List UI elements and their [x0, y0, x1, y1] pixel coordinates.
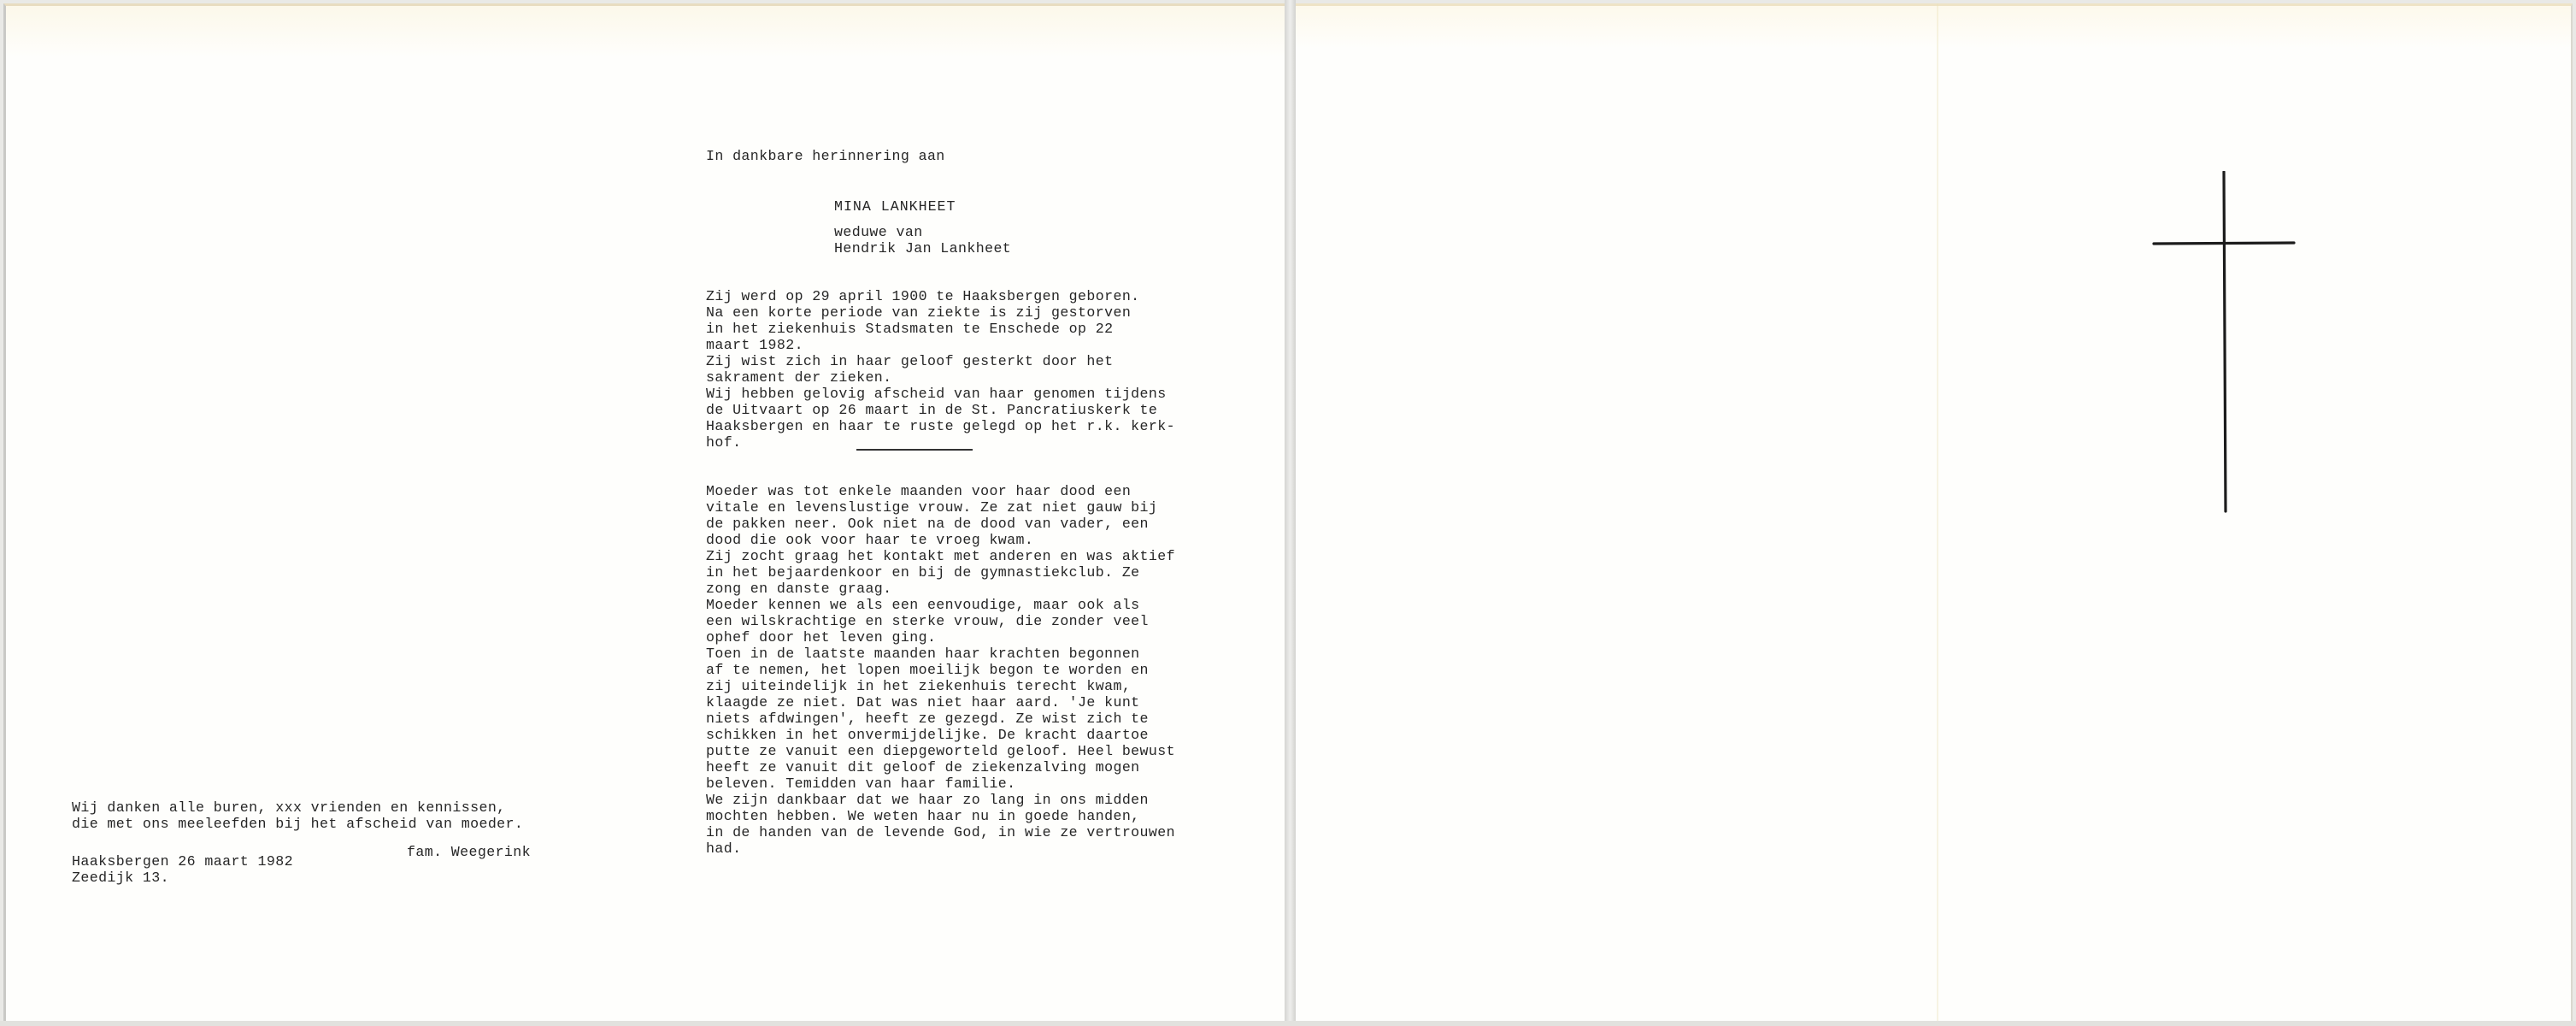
fold-line [1937, 3, 1938, 1021]
place-date-block: Haaksbergen 26 maart 1982Zeedijk 13. [72, 853, 293, 886]
bio-line: maart 1982. [706, 337, 1175, 353]
memoir-line: We zijn dankbaar dat we haar zo lang in … [706, 792, 1175, 808]
widow-of-label: weduwe van [834, 224, 1011, 240]
memorial-heading: In dankbare herinnering aan [706, 148, 945, 164]
memoir-line: vitale en levenslustige vrouw. Ze zat ni… [706, 499, 1175, 516]
memoir-line: had. [706, 840, 1175, 857]
thanks-line: die met ons meeleefden bij het afscheid … [72, 816, 523, 832]
bio-line: de Uitvaart op 26 maart in de St. Pancra… [706, 402, 1175, 418]
address: Zeedijk 13. [72, 870, 293, 886]
memoir-line: Zij zocht graag het kontakt met anderen … [706, 548, 1175, 564]
bio-line: Haaksbergen en haar te ruste gelegd op h… [706, 418, 1175, 434]
memoir-line: schikken in het onvermijdelijke. De krac… [706, 727, 1175, 743]
memoir-line: niets afdwingen', heeft ze gezegd. Ze wi… [706, 711, 1175, 727]
bio-line: Zij wist zich in haar geloof gesterkt do… [706, 353, 1175, 369]
memoir-line: Moeder kennen we als een eenvoudige, maa… [706, 597, 1175, 613]
thanks-message: Wij danken alle buren, xxx vrienden en k… [72, 799, 523, 832]
memoir-line: in de handen van de levende God, in wie … [706, 824, 1175, 840]
memoir-paragraph: Moeder was tot enkele maanden voor haar … [706, 467, 1175, 873]
deceased-name: MINA LANKHEET [834, 198, 956, 215]
memoir-line: in het bejaardenkoor en bij de gymnastie… [706, 564, 1175, 581]
biography-paragraph: Zij werd op 29 april 1900 te Haaksbergen… [706, 272, 1175, 467]
memoir-line: dood die ook voor haar te vroeg kwam. [706, 532, 1175, 548]
cross-icon [2152, 171, 2296, 513]
family-signature: fam. Weegerink [407, 844, 531, 860]
memoir-line: mochten hebben. We weten haar nu in goed… [706, 808, 1175, 824]
scan-gutter [1285, 0, 1296, 1026]
memoir-line: Toen in de laatste maanden haar krachten… [706, 646, 1175, 662]
bio-line: Na een korte periode van ziekte is zij g… [706, 304, 1175, 321]
memoir-line: klaagde ze niet. Dat was niet haar aard.… [706, 694, 1175, 711]
memoir-line: putte ze vanuit een diepgeworteld geloof… [706, 743, 1175, 759]
memoir-line: af te nemen, het lopen moeilijk begon te… [706, 662, 1175, 678]
memoir-line: een wilskrachtige en sterke vrouw, die z… [706, 613, 1175, 629]
thanks-line: Wij danken alle buren, xxx vrienden en k… [72, 799, 523, 816]
memoir-line: Moeder was tot enkele maanden voor haar … [706, 483, 1175, 499]
bio-line: sakrament der zieken. [706, 369, 1175, 386]
scan-bottom-edge [0, 1021, 2576, 1026]
spouse-block: weduwe vanHendrik Jan Lankheet [834, 224, 1011, 256]
card-outer-spread [1296, 3, 2573, 1021]
memoir-line: ophef door het leven ging. [706, 629, 1175, 646]
memoir-line: zong en danste graag. [706, 581, 1175, 597]
memoir-line: beleven. Temidden van haar familie. [706, 775, 1175, 792]
bio-line: in het ziekenhuis Stadsmaten te Enschede… [706, 321, 1175, 337]
spouse-name: Hendrik Jan Lankheet [834, 240, 1011, 256]
memoir-line: heeft ze vanuit dit geloof de ziekenzalv… [706, 759, 1175, 775]
bio-line: Zij werd op 29 april 1900 te Haaksbergen… [706, 288, 1175, 304]
memoir-line: zij uiteindelijk in het ziekenhuis terec… [706, 678, 1175, 694]
memoir-line: de pakken neer. Ook niet na de dood van … [706, 516, 1175, 532]
section-divider [856, 449, 973, 451]
bio-line: Wij hebben gelovig afscheid van haar gen… [706, 386, 1175, 402]
place-date: Haaksbergen 26 maart 1982 [72, 853, 293, 870]
